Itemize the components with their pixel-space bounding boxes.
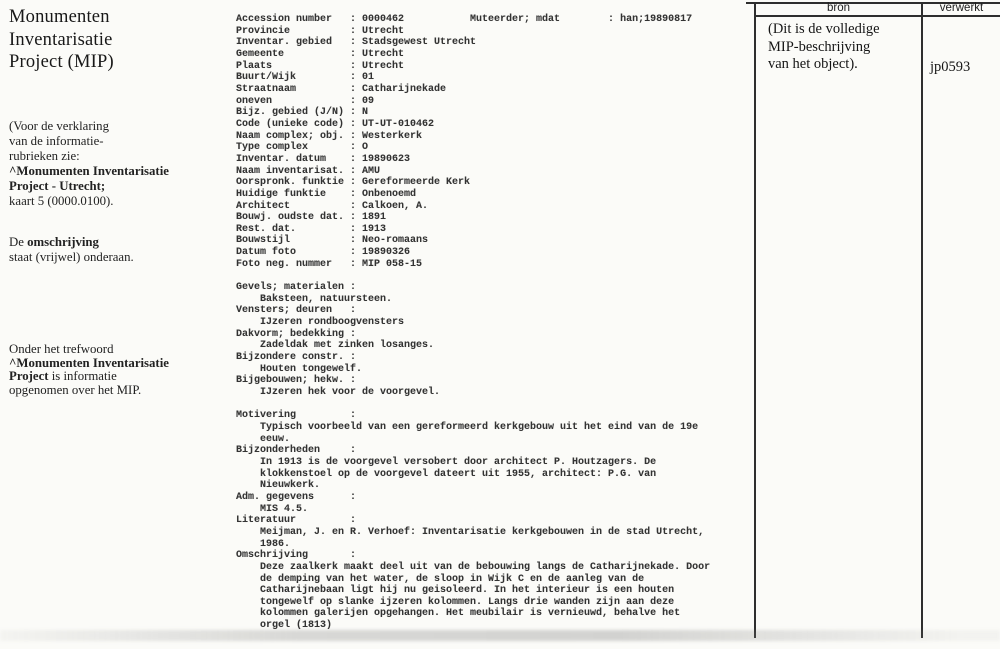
verwerkt-cell-value: jp0593	[930, 59, 970, 76]
note-text: Onder het trefwoord	[9, 343, 169, 357]
note-text-bold: ^Monumenten Inventarisatie	[9, 164, 169, 179]
mip-project-title: Monumenten Inventarisatie Project (MIP)	[9, 6, 114, 74]
scan-smear-artifact	[0, 630, 1000, 641]
note-text: van de informatie-	[9, 134, 169, 149]
table-left-border	[754, 2, 756, 638]
note-text: (Voor de verklaring	[9, 119, 169, 134]
note-line: Project is informatie	[9, 370, 169, 384]
note-text: staat (vrijwel) onderaan.	[9, 250, 134, 265]
sidebar: Monumenten Inventarisatie Project (MIP) …	[0, 0, 230, 649]
note-text-bold: Project	[9, 369, 49, 383]
sidebar-note-omschrijving: De omschrijving staat (vrijwel) onderaan…	[9, 235, 134, 265]
note-text: opgenomen over het MIP.	[9, 384, 169, 398]
bron-note-line: MIP-beschrijving	[768, 39, 928, 57]
bron-note-line: van het object).	[768, 56, 928, 74]
note-line: De omschrijving	[9, 235, 134, 250]
bron-cell-note: (Dit is de volledige MIP-beschrijving va…	[768, 21, 928, 74]
column-header-verwerkt: verwerkt	[923, 2, 1000, 14]
bron-note-line: (Dit is de volledige	[768, 21, 928, 39]
note-text: De	[9, 235, 27, 249]
note-text: rubrieken zie:	[9, 149, 169, 164]
sidebar-note-reference: (Voor de verklaring van de informatie- r…	[9, 119, 169, 209]
title-line-2: Inventarisatie	[9, 29, 114, 52]
column-header-bron: bron	[755, 2, 922, 14]
note-text: is informatie	[49, 369, 117, 383]
table-column-divider	[921, 2, 923, 638]
note-text-bold: omschrijving	[27, 235, 99, 249]
sidebar-note-trefwoord: Onder het trefwoord ^Monumenten Inventar…	[9, 343, 169, 397]
note-text: kaart 5 (0000.0100).	[9, 194, 169, 209]
title-line-3: Project (MIP)	[9, 51, 114, 74]
mip-record-text: Accession number : 0000462 Muteerder; md…	[236, 14, 710, 632]
title-line-1: Monumenten	[9, 6, 114, 29]
note-text-bold: Project - Utrecht;	[9, 179, 169, 194]
table-header-underline	[754, 15, 1000, 17]
note-text-bold: ^Monumenten Inventarisatie	[9, 357, 169, 371]
